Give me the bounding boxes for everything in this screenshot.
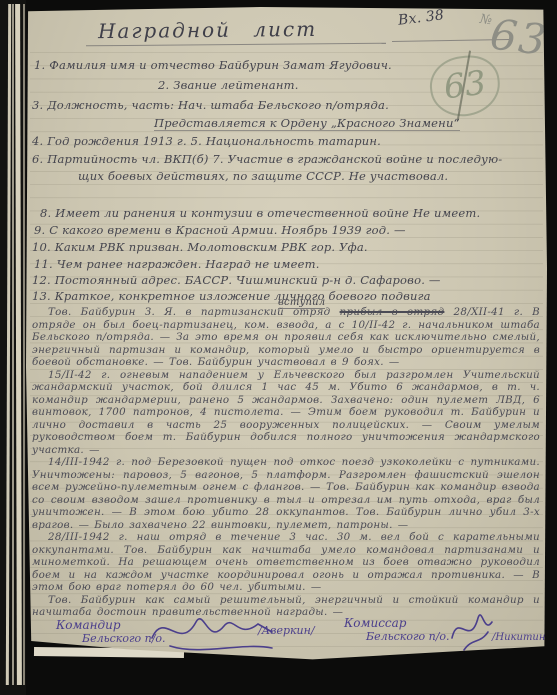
field-birth-nationality: 4. Год рождения 1913 г. 5. Национальност… [32,134,381,148]
field-wounds: 8. Имеет ли ранения и контузии в отечест… [40,206,480,220]
field-previous-awards: 11. Чем ранее награжден. Наград не имеет… [34,257,320,271]
circled-number-value: 63 [442,63,488,107]
edge-strip [12,4,14,685]
field-rank: 2. Звание лейтенант. [158,78,299,92]
field-party-war-cont: щих боевых действиях, по защите СССР. Не… [78,169,448,183]
pencil-number-value: 63 [487,9,550,65]
field-address: 12. Постоянный адрес. БАССР. Чишминский … [32,273,441,287]
paragraph-text: Тов. Байбурин З. Я. в партизанский отряд [48,306,340,318]
title-underline [86,43,386,47]
edge-strip [6,4,11,685]
feat-paragraph: 28/III-1942 г. наш отряд в течение 3 час… [32,531,540,594]
feat-description: Тов. Байбурин З. Я. в партизанский отряд… [32,306,540,619]
signature-unit-right: Бельского п/о. [366,630,450,643]
edge-strip [15,4,22,685]
field-draft-office: 10. Каким РВК призван. Молотовским РВК г… [32,240,368,254]
field-feat-heading: 13. Краткое, конкретное изложение личног… [32,289,431,303]
registration-number: Вх. 38 [397,7,445,29]
feat-paragraph: 15/II-42 г. огневым нападением у Ельчевс… [32,369,540,457]
scanned-document: Наградной лист Вх. 38 №63 63 1. Фамилия … [0,0,557,695]
field-party-war: 6. Партийность чл. ВКП(б) 7. Участие в г… [32,152,502,166]
pencil-circled-number: 63 [427,52,504,120]
document-title: Наградной лист [98,17,317,43]
feat-paragraph: Тов. Байбурин З. Я. в партизанский отряд… [32,306,540,369]
signature-name-left: /Аверкин/ [258,624,315,637]
signature-name-right: /Никитин/ [492,632,549,643]
strikethrough-text: прибыл в отряд [340,306,445,318]
field-position: 3. Должность, часть: Нач. штаба Бельског… [32,98,389,112]
signature-stroke-right [444,604,496,656]
signature-stroke-left [146,606,276,654]
field-army-since: 9. С какого времени в Красной Армии. Ноя… [34,223,406,237]
field-name: 1. Фамилия имя и отчество Байбурин Замат… [34,58,392,72]
signature-title-right: Комиссар [344,616,406,630]
feat-paragraph: 14/III-1942 г. под Березовкой пущен под … [32,456,540,531]
document-page: Наградной лист Вх. 38 №63 63 1. Фамилия … [26,6,547,662]
page-edge-strips [0,0,26,695]
edge-strip [23,4,25,685]
pencil-page-number: №63 [475,8,550,65]
signature-title-left: Командир [56,618,121,632]
field-award-proposal: Представляется к Ордену „Красного Знамен… [154,116,460,131]
